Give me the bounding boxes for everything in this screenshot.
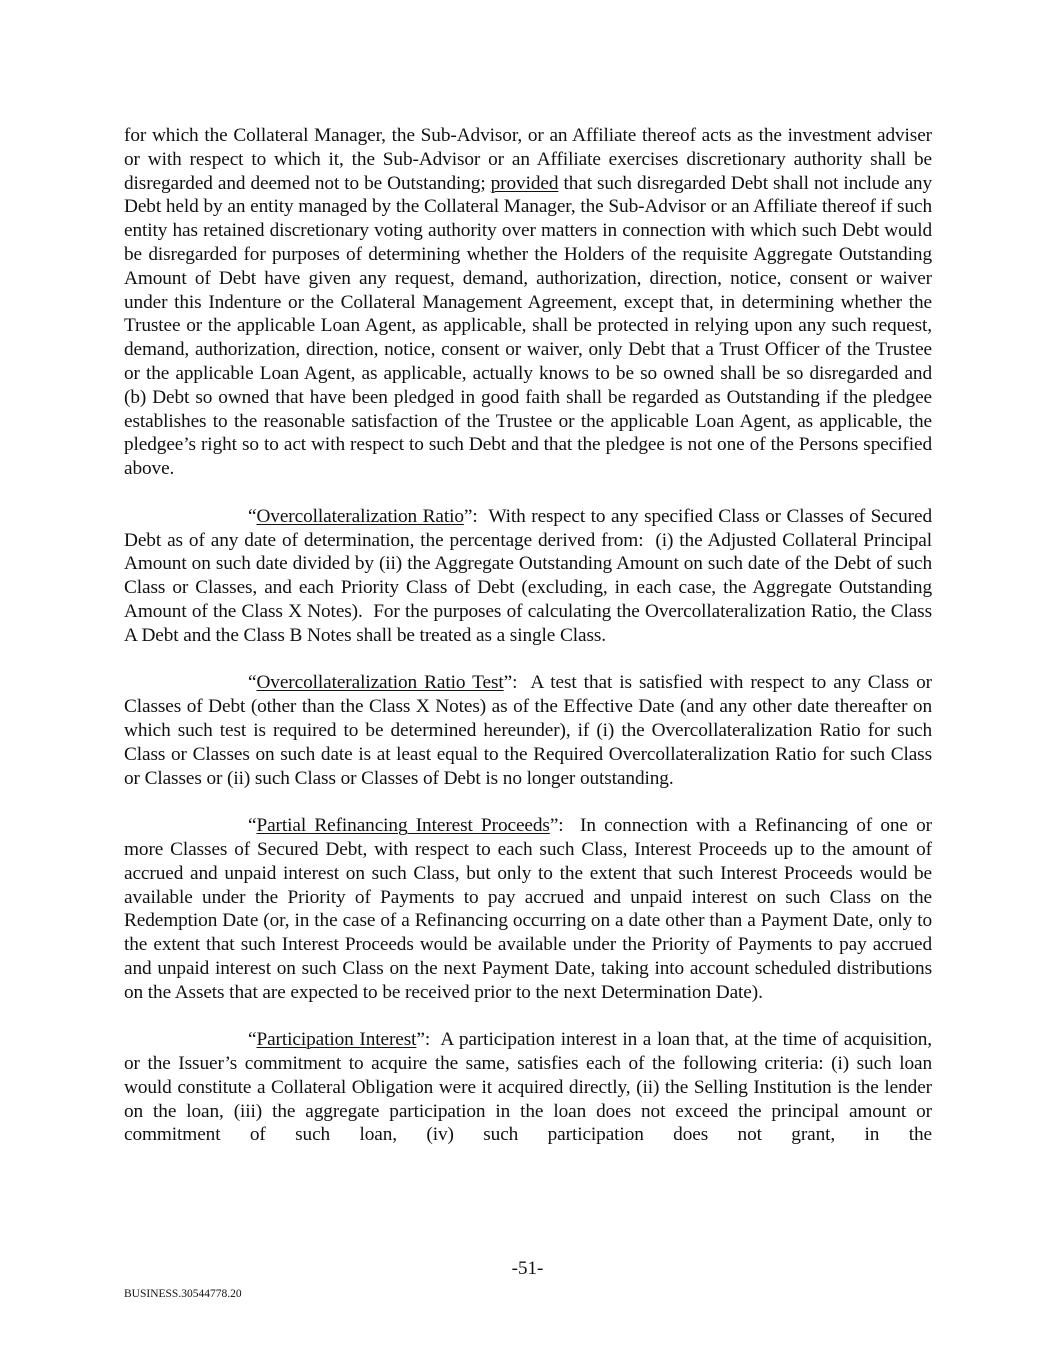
definition-overcollateralization-ratio: “Overcollateralization Ratio”: With resp…	[124, 505, 932, 648]
defined-term: Participation Interest	[256, 1029, 416, 1050]
paragraph-text: that such disregarded Debt shall not inc…	[124, 173, 932, 480]
close-quote: ”:	[464, 506, 478, 527]
document-page: for which the Collateral Manager, the Su…	[124, 124, 932, 1171]
definition-partial-refinancing-interest-proceeds: “Partial Refinancing Interest Proceeds”:…	[124, 814, 932, 1004]
close-quote: ”:	[550, 815, 564, 836]
definition-overcollateralization-ratio-test: “Overcollateralization Ratio Test”: A te…	[124, 671, 932, 790]
definition-body: A participation interest in a loan that,…	[124, 1029, 937, 1145]
definition-body: In connection with a Refinancing of one …	[124, 815, 937, 1003]
paragraph-outstanding-continuation: for which the Collateral Manager, the Su…	[124, 124, 932, 481]
definition-body: A test that is satisfied with respect to…	[124, 672, 937, 788]
definition-body: With respect to any specified Class or C…	[124, 506, 937, 646]
page-number: -51-	[0, 1258, 1055, 1280]
close-quote: ”:	[416, 1029, 430, 1050]
close-quote: ”:	[504, 672, 518, 693]
underlined-term-provided: provided	[491, 173, 559, 194]
defined-term: Overcollateralization Ratio	[256, 506, 463, 527]
defined-term: Overcollateralization Ratio Test	[256, 672, 503, 693]
document-id: BUSINESS.30544778.20	[124, 1287, 242, 1301]
defined-term: Partial Refinancing Interest Proceeds	[256, 815, 549, 836]
definition-participation-interest: “Participation Interest”: A participatio…	[124, 1028, 932, 1147]
